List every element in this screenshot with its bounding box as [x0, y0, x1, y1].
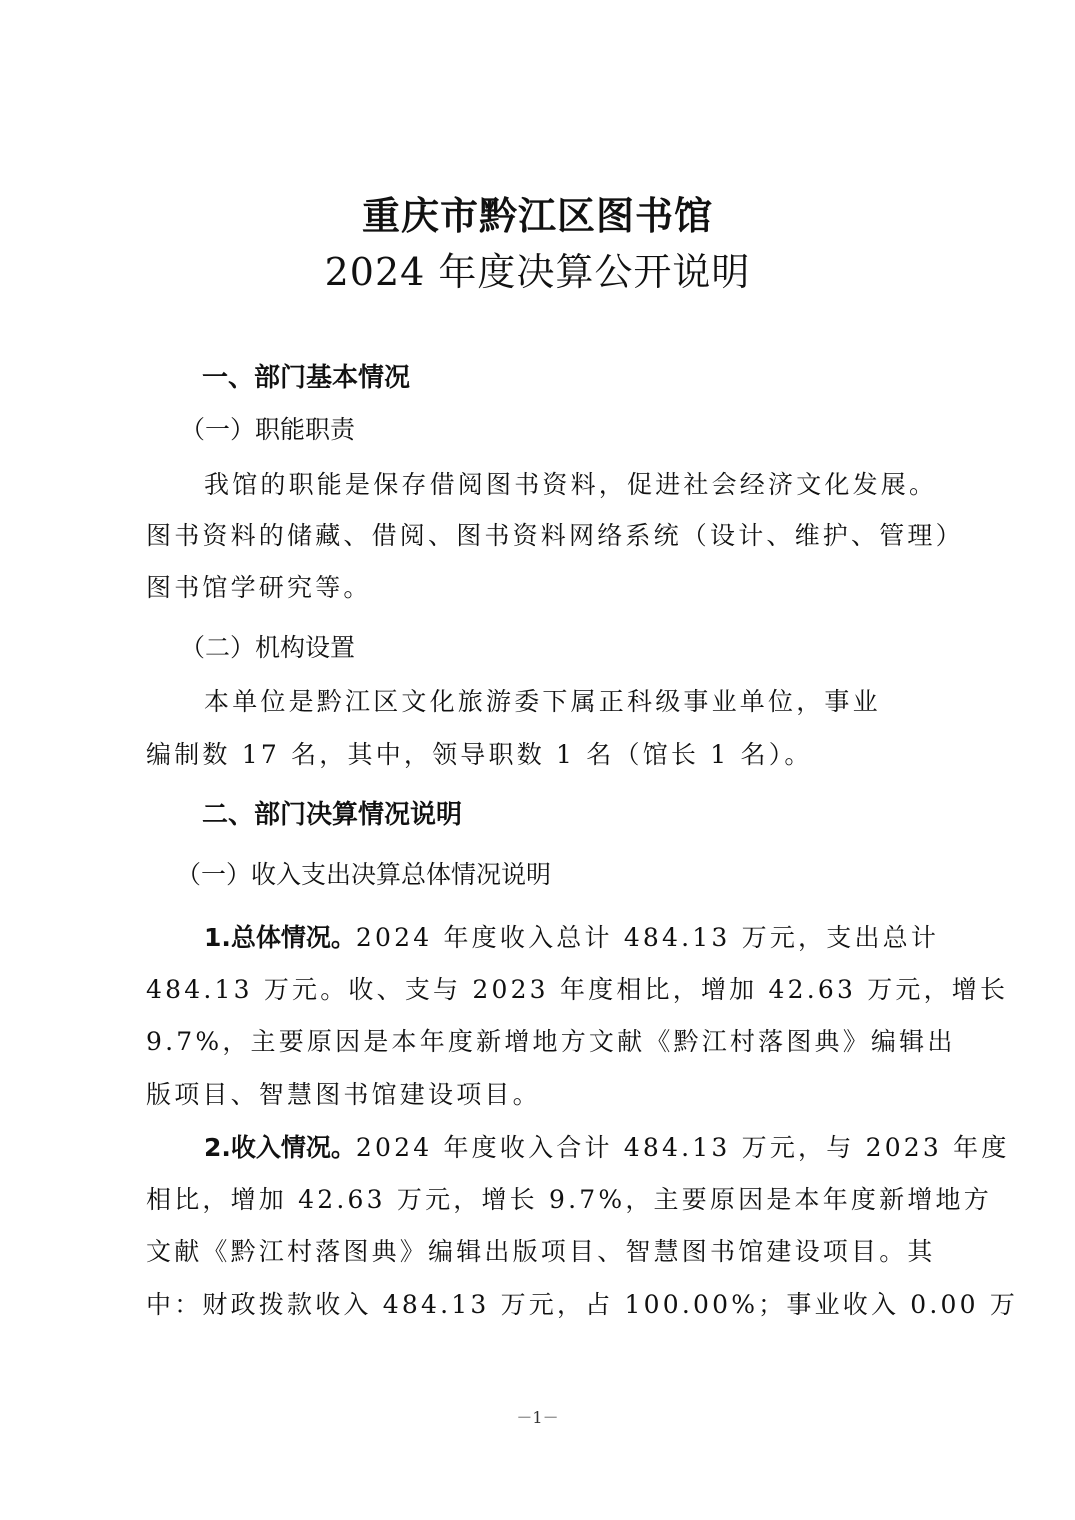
page-number: －1－: [0, 1405, 1075, 1428]
subsection-heading-functions: （一）职能职责: [180, 410, 355, 450]
paragraph-line: 版项目、智慧图书馆建设项目。: [146, 1075, 541, 1115]
paragraph-line: 我馆的职能是保存借阅图书资料，促进社会经济文化发展。: [204, 465, 937, 505]
subsection-heading-organization: （二）机构设置: [180, 628, 355, 668]
section-heading-1: 一、部门基本情况: [202, 358, 410, 398]
paragraph-line: 9.7%，主要原因是本年度新增地方文献《黔江村落图典》编辑出: [146, 1022, 956, 1062]
paragraph-line: 图书资料的储藏、借阅、图书资料网络系统（设计、维护、管理）: [146, 516, 964, 556]
subsection-heading-overall: （一）收入支出决算总体情况说明: [176, 855, 551, 895]
document-subtitle: 2024 年度决算公开说明: [0, 242, 1075, 302]
paragraph-line: 文献《黔江村落图典》编辑出版项目、智慧图书馆建设项目。其: [146, 1232, 936, 1272]
paragraph-line: 2.收入情况。2024 年度收入合计 484.13 万元，与 2023 年度: [204, 1128, 1010, 1168]
document-title: 重庆市黔江区图书馆: [0, 186, 1075, 246]
paragraph-lead: 2.收入情况。: [204, 1133, 356, 1162]
paragraph-line: 484.13 万元。收、支与 2023 年度相比，增加 42.63 万元，增长: [146, 970, 1008, 1010]
paragraph-line: 本单位是黔江区文化旅游委下属正科级事业单位，事业: [204, 682, 881, 722]
section-heading-2: 二、部门决算情况说明: [202, 795, 462, 835]
paragraph-line: 相比，增加 42.63 万元，增长 9.7%，主要原因是本年度新增地方: [146, 1180, 992, 1220]
paragraph-line: 图书馆学研究等。: [146, 568, 372, 608]
paragraph-line: 1.总体情况。2024 年度收入总计 484.13 万元，支出总计: [204, 918, 939, 958]
paragraph-line: 中：财政拨款收入 484.13 万元，占 100.00%；事业收入 0.00 万: [146, 1285, 1018, 1325]
paragraph-lead: 1.总体情况。: [204, 923, 356, 952]
paragraph-line: 编制数 17 名，其中，领导职数 1 名（馆长 1 名）。: [146, 735, 813, 775]
